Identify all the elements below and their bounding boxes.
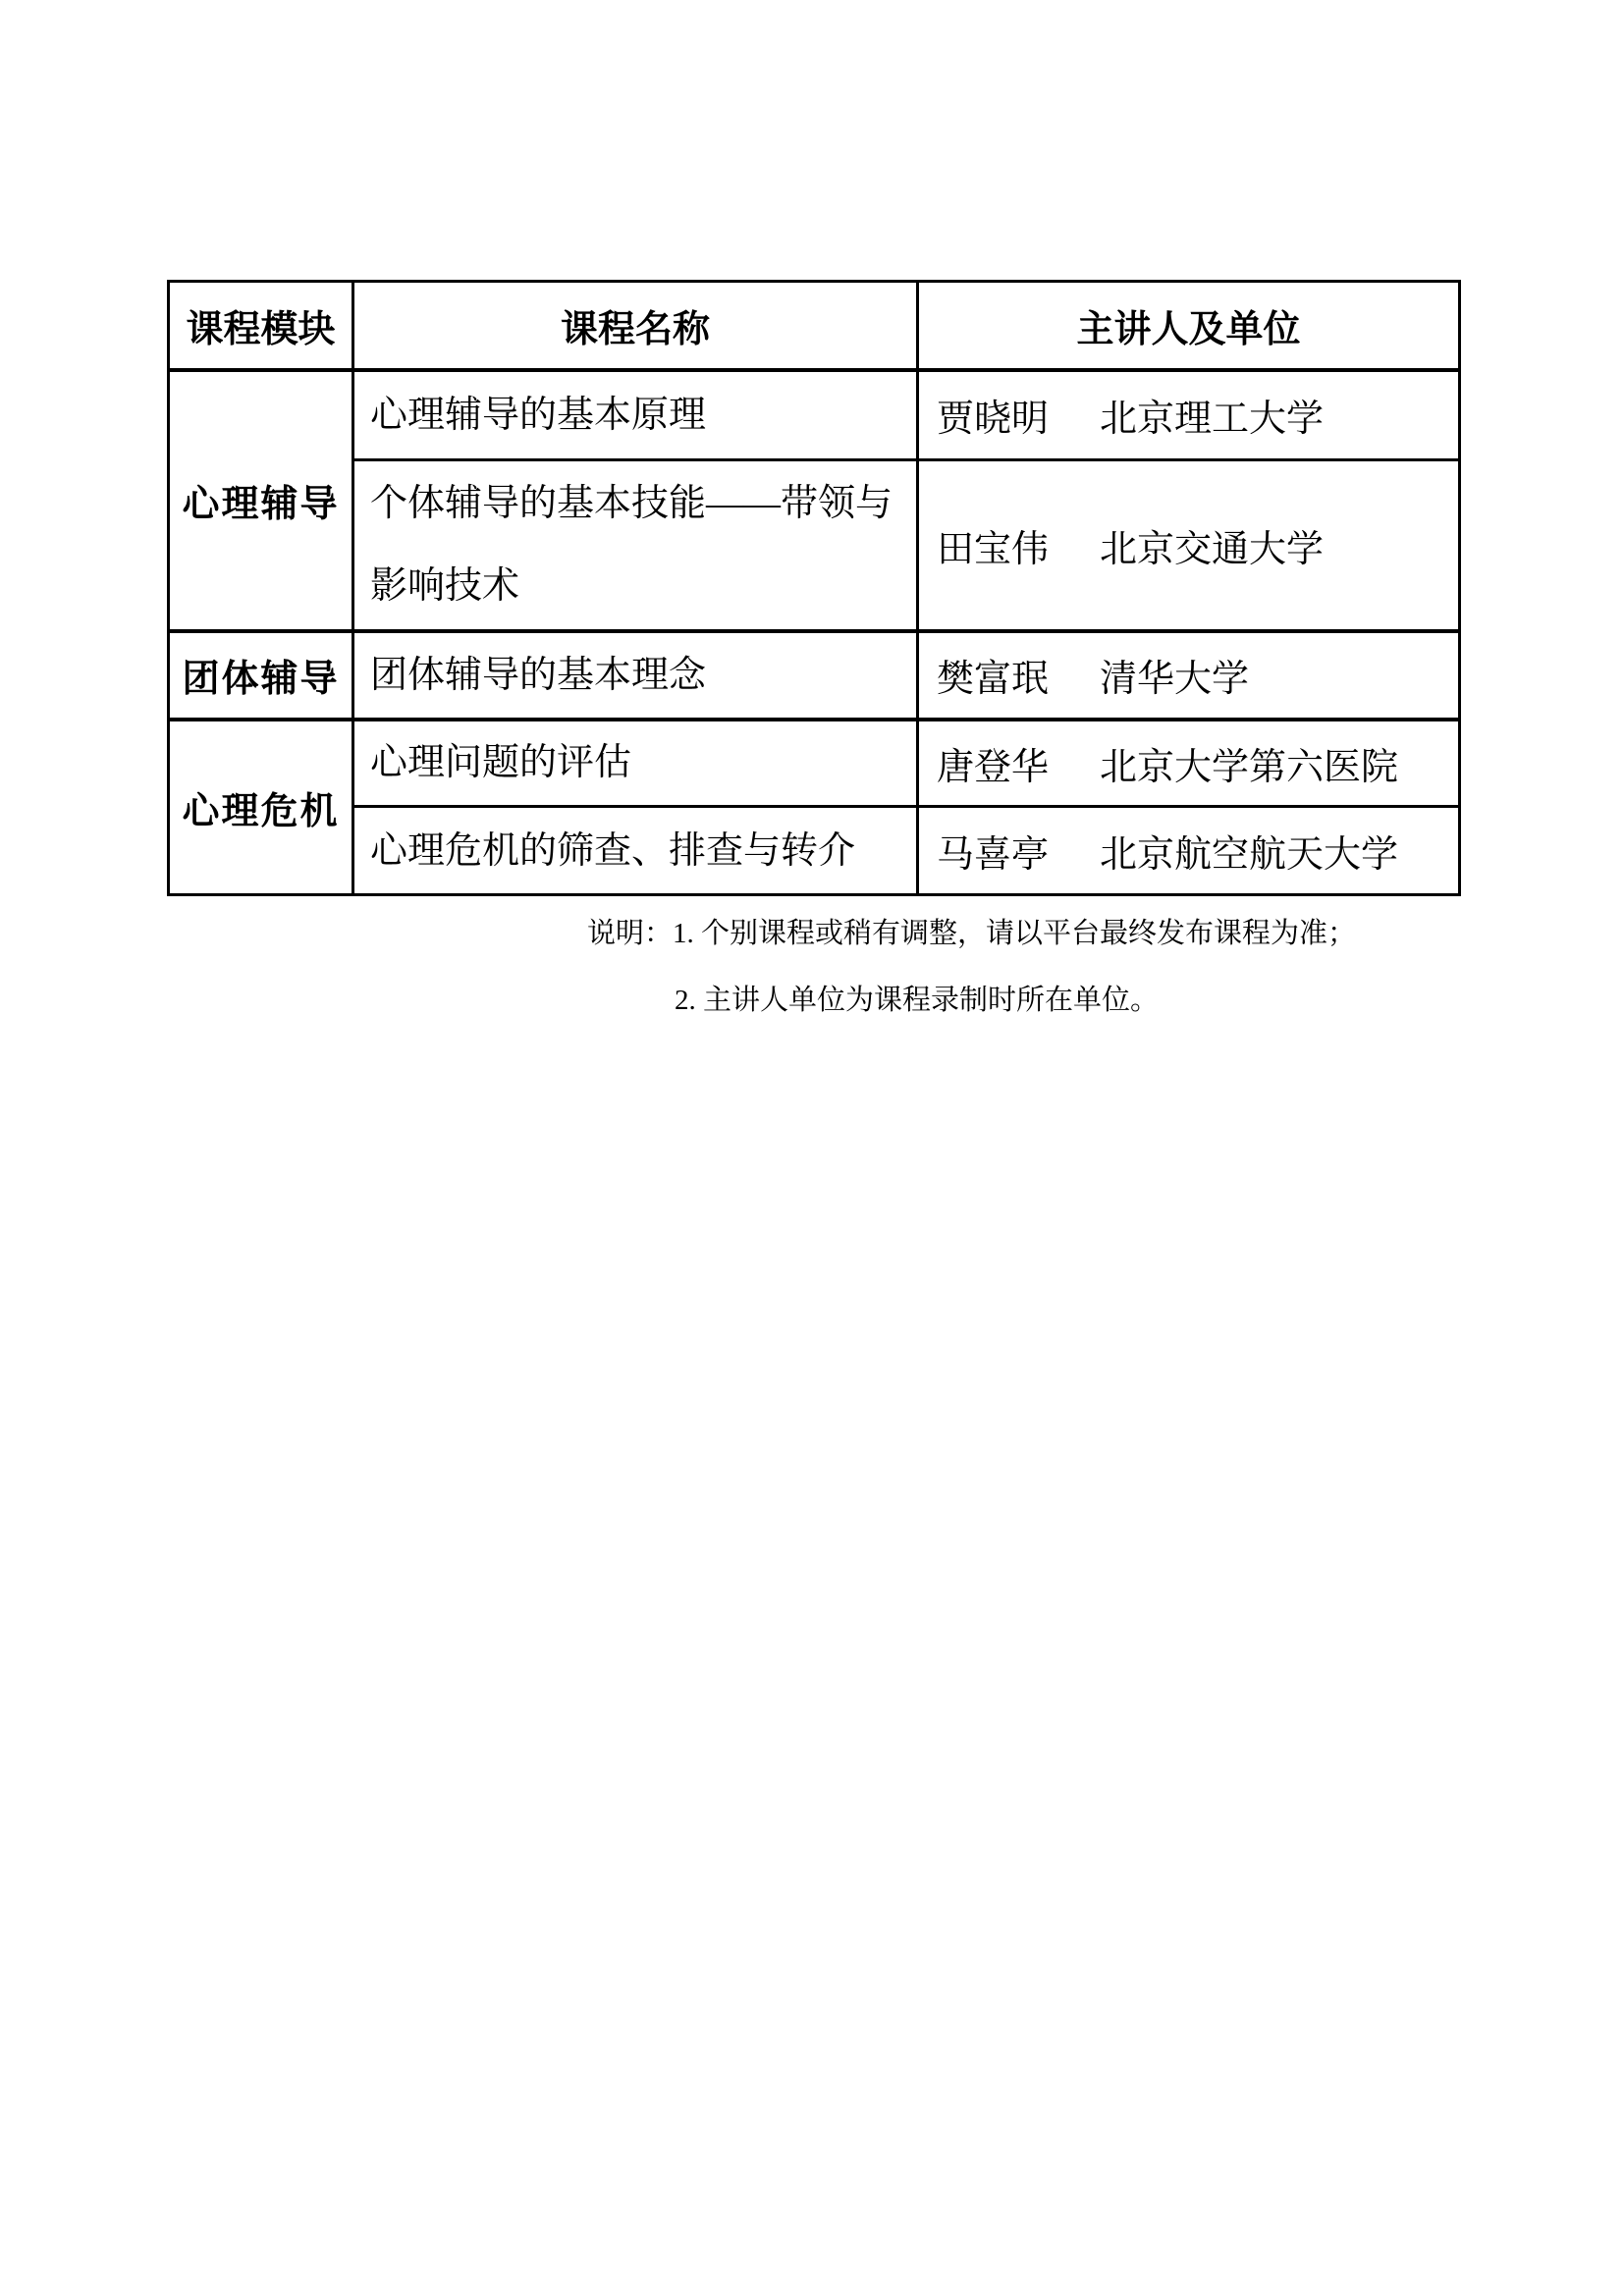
instructor-org: 北京航空航天大学 xyxy=(1100,834,1398,876)
instructor-cell: 田宝伟北京交通大学 xyxy=(918,460,1460,631)
table-row: 团体辅导 团体辅导的基本理念 樊富珉清华大学 xyxy=(169,631,1460,720)
instructor-name: 贾晓明 xyxy=(937,388,1049,442)
footnote-line-1: 说明：1. 个别课程或稍有调整，请以平台最终发布课程为准； xyxy=(587,918,1356,950)
instructor-cell: 樊富珉清华大学 xyxy=(918,631,1460,720)
instructor-name: 田宝伟 xyxy=(937,518,1049,572)
table-header-row: 课程模块 课程名称 主讲人及单位 xyxy=(169,282,1460,370)
instructor-org: 北京大学第六医院 xyxy=(1100,747,1398,788)
instructor-org: 北京理工大学 xyxy=(1100,399,1324,440)
instructor-cell: 贾晓明北京理工大学 xyxy=(918,370,1460,460)
table-row: 心理辅导 心理辅导的基本原理 贾晓明北京理工大学 xyxy=(169,370,1460,460)
header-course-module: 课程模块 xyxy=(169,282,353,370)
document-page: 课程模块 课程名称 主讲人及单位 心理辅导 心理辅导的基本原理 贾晓明北京理工大… xyxy=(0,0,1624,2296)
instructor-name: 马喜亭 xyxy=(937,824,1049,878)
instructor-org: 清华大学 xyxy=(1100,659,1249,700)
footnote-line-2: 2. 主讲人单位为课程录制时所在单位。 xyxy=(675,985,1159,1017)
instructor-name: 樊富珉 xyxy=(937,648,1049,702)
instructor-cell: 唐登华北京大学第六医院 xyxy=(918,720,1460,807)
table-row: 心理危机的筛查、排查与转介 马喜亭北京航空航天大学 xyxy=(169,807,1460,895)
course-cell: 心理问题的评估 xyxy=(353,720,918,807)
module-cell-crisis: 心理危机 xyxy=(169,720,353,895)
course-cell: 心理辅导的基本原理 xyxy=(353,370,918,460)
course-schedule-table: 课程模块 课程名称 主讲人及单位 心理辅导 心理辅导的基本原理 贾晓明北京理工大… xyxy=(167,280,1461,896)
course-cell: 个体辅导的基本技能——带领与 影响技术 xyxy=(353,460,918,631)
course-cell: 团体辅导的基本理念 xyxy=(353,631,918,720)
table-row: 个体辅导的基本技能——带领与 影响技术 田宝伟北京交通大学 xyxy=(169,460,1460,631)
instructor-name: 唐登华 xyxy=(937,736,1049,790)
instructor-cell: 马喜亭北京航空航天大学 xyxy=(918,807,1460,895)
module-cell-group-counseling: 团体辅导 xyxy=(169,631,353,720)
header-instructor-org: 主讲人及单位 xyxy=(918,282,1460,370)
header-course-name: 课程名称 xyxy=(353,282,918,370)
module-cell-counseling: 心理辅导 xyxy=(169,370,353,631)
instructor-org: 北京交通大学 xyxy=(1100,529,1324,570)
table-row: 心理危机 心理问题的评估 唐登华北京大学第六医院 xyxy=(169,720,1460,807)
course-cell: 心理危机的筛查、排查与转介 xyxy=(353,807,918,895)
